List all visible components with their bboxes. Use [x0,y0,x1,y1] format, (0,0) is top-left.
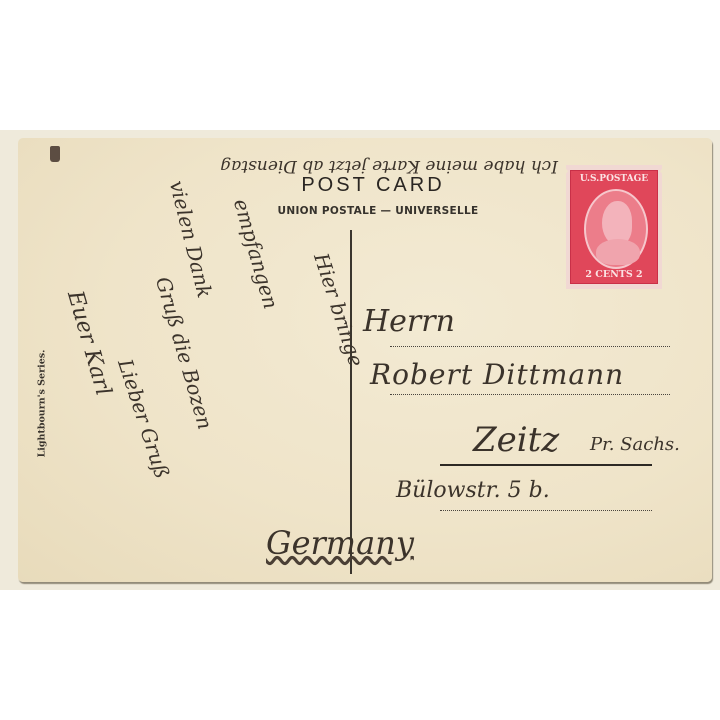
message-line: Lieber Gruß [113,356,174,481]
address-country: Germany [266,524,414,562]
ink-blot [50,146,60,162]
address-city: Zeitz [473,420,559,460]
stamp-face: U.S.POSTAGE 2 CENTS 2 [570,170,658,284]
postcard: POST CARD UNION POSTALE — UNIVERSELLE Li… [18,138,712,582]
postcard-title: POST CARD [283,174,463,197]
stamp-value-text: 2 CENTS 2 [571,269,657,280]
address-line-3 [440,464,652,466]
address-line-1 [390,346,670,347]
address-name: Robert Dittmann [370,358,624,391]
message-line: Gruß die Bozen [151,274,217,432]
message-line: Euer Karl [62,288,116,399]
postage-stamp: U.S.POSTAGE 2 CENTS 2 [566,165,662,289]
portrait-bust-icon [596,239,640,265]
postcard-subtitle: UNION POSTALE — UNIVERSELLE [248,205,508,217]
message-line-top: Ich habe meine Karte jetzt ab Dienstag [220,156,558,176]
center-divider [350,230,352,574]
stamp-top-text: U.S.POSTAGE [571,174,657,184]
address-street: Bülowstr. 5 b. [396,478,550,503]
address-region: Pr. Sachs. [590,434,680,455]
stamp-portrait [584,189,648,269]
address-line-2 [390,394,670,395]
address-line-4 [440,510,652,511]
address-salutation: Herrn [363,304,455,339]
publisher-imprint: Lightbourn's Series. [37,344,48,464]
message-line: Hier bringe [309,250,368,370]
